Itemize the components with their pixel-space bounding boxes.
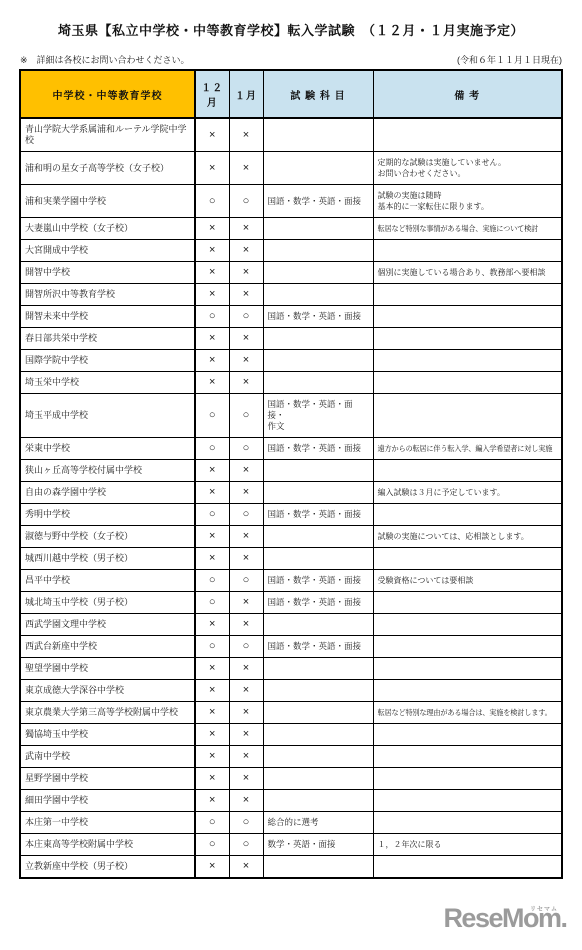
header-subjects-column: 試 験 科 目	[263, 70, 373, 118]
school-name-cell: 春日部共栄中学校	[20, 328, 195, 350]
december-mark-cell: ×	[195, 702, 229, 724]
table-header: 中学校・中等教育学校 １２月 １月 試 験 科 目 備 考	[20, 70, 562, 118]
december-mark-cell: ×	[195, 460, 229, 482]
resemom-logo-ruby: リセマム	[530, 904, 558, 913]
school-name-cell: 昌平中学校	[20, 570, 195, 592]
subjects-cell	[263, 790, 373, 812]
remarks-cell	[373, 504, 562, 526]
subjects-cell: 国語・数学・英語・面接・ 作文	[263, 394, 373, 438]
january-mark-cell: ×	[229, 482, 263, 504]
subjects-cell	[263, 218, 373, 240]
january-mark-cell: ○	[229, 306, 263, 328]
remarks-cell	[373, 394, 562, 438]
remarks-cell: 遠方からの転居に伴う転入学、編入学希望者に対し実施	[373, 438, 562, 460]
remarks-cell	[373, 240, 562, 262]
table-row: 昌平中学校○○国語・数学・英語・面接受験資格については要相談	[20, 570, 562, 592]
december-mark-cell: ○	[195, 570, 229, 592]
table-row: 立教新座中学校（男子校）××	[20, 856, 562, 879]
note-row: ※ 詳細は各校にお問い合わせください。 (令和６年１１月１日現在)	[20, 53, 562, 66]
header-school-column: 中学校・中等教育学校	[20, 70, 195, 118]
table-row: 武南中学校××	[20, 746, 562, 768]
december-mark-cell: ×	[195, 372, 229, 394]
remarks-cell	[373, 768, 562, 790]
subjects-cell	[263, 526, 373, 548]
table-row: 聖望学園中学校××	[20, 658, 562, 680]
remarks-cell	[373, 746, 562, 768]
december-mark-cell: ○	[195, 834, 229, 856]
subjects-cell	[263, 680, 373, 702]
school-name-cell: 栄東中学校	[20, 438, 195, 460]
remarks-cell	[373, 548, 562, 570]
subjects-cell: 国語・数学・英語・面接	[263, 504, 373, 526]
subjects-cell: 国語・数学・英語・面接	[263, 185, 373, 218]
school-name-cell: 開智未来中学校	[20, 306, 195, 328]
remarks-cell: 個別に実施している場合あり、教務部へ要相談	[373, 262, 562, 284]
contact-note: ※ 詳細は各校にお問い合わせください。	[20, 53, 190, 66]
table-row: 細田学園中学校××	[20, 790, 562, 812]
december-mark-cell: ×	[195, 856, 229, 879]
subjects-cell	[263, 746, 373, 768]
table-row: 青山学院大学系属浦和ルーテル学院中学校××	[20, 118, 562, 152]
document-page: 埼玉県【私立中学校・中等教育学校】転入学試験 （１２月・１月実施予定） ※ 詳細…	[0, 0, 582, 950]
january-mark-cell: ×	[229, 614, 263, 636]
school-name-cell: 自由の森学園中学校	[20, 482, 195, 504]
january-mark-cell: ×	[229, 152, 263, 185]
january-mark-cell: ×	[229, 460, 263, 482]
subjects-cell: 国語・数学・英語・面接	[263, 306, 373, 328]
remarks-cell	[373, 372, 562, 394]
january-mark-cell: ○	[229, 438, 263, 460]
remarks-cell	[373, 680, 562, 702]
school-name-cell: 城西川越中学校（男子校）	[20, 548, 195, 570]
subjects-cell	[263, 702, 373, 724]
december-mark-cell: ×	[195, 746, 229, 768]
december-mark-cell: ○	[195, 394, 229, 438]
remarks-cell: １，２年次に限る	[373, 834, 562, 856]
subjects-cell: 総合的に選考	[263, 812, 373, 834]
table-row: 東京成徳大学深谷中学校××	[20, 680, 562, 702]
subjects-cell: 国語・数学・英語・面接	[263, 636, 373, 658]
subjects-cell	[263, 460, 373, 482]
december-mark-cell: ×	[195, 284, 229, 306]
january-mark-cell: ×	[229, 548, 263, 570]
january-mark-cell: ×	[229, 768, 263, 790]
subjects-cell	[263, 614, 373, 636]
subjects-cell	[263, 856, 373, 879]
school-name-cell: 青山学院大学系属浦和ルーテル学院中学校	[20, 118, 195, 152]
table-row: 浦和実業学園中学校○○国語・数学・英語・面接試験の実施は随時 基本的に一家転住に…	[20, 185, 562, 218]
subjects-cell	[263, 658, 373, 680]
table-row: 国際学院中学校××	[20, 350, 562, 372]
january-mark-cell: ○	[229, 812, 263, 834]
table-row: 栄東中学校○○国語・数学・英語・面接遠方からの転居に伴う転入学、編入学希望者に対…	[20, 438, 562, 460]
school-name-cell: 武南中学校	[20, 746, 195, 768]
january-mark-cell: ○	[229, 185, 263, 218]
table-row: 浦和明の星女子高等学校（女子校）××定期的な試験は実施していません。 お問い合わ…	[20, 152, 562, 185]
december-mark-cell: ×	[195, 240, 229, 262]
table-row: 西武学園文理中学校××	[20, 614, 562, 636]
table-row: 開智所沢中等教育学校××	[20, 284, 562, 306]
december-mark-cell: ×	[195, 262, 229, 284]
december-mark-cell: ○	[195, 438, 229, 460]
header-remarks-column: 備 考	[373, 70, 562, 118]
subjects-cell	[263, 262, 373, 284]
december-mark-cell: ○	[195, 812, 229, 834]
table-row: 獨協埼玉中学校××	[20, 724, 562, 746]
december-mark-cell: ×	[195, 218, 229, 240]
table-row: 開智中学校××個別に実施している場合あり、教務部へ要相談	[20, 262, 562, 284]
january-mark-cell: ×	[229, 262, 263, 284]
december-mark-cell: ×	[195, 152, 229, 185]
school-name-cell: 開智中学校	[20, 262, 195, 284]
resemom-logo: リセマムReseMom.	[443, 903, 568, 934]
table-row: 本庄第一中学校○○総合的に選考	[20, 812, 562, 834]
school-name-cell: 細田学園中学校	[20, 790, 195, 812]
school-table-body: 青山学院大学系属浦和ルーテル学院中学校××浦和明の星女子高等学校（女子校）××定…	[20, 118, 562, 878]
subjects-cell	[263, 724, 373, 746]
school-name-cell: 東京成徳大学深谷中学校	[20, 680, 195, 702]
table-row: 星野学園中学校××	[20, 768, 562, 790]
school-name-cell: 本庄東高等学校附属中学校	[20, 834, 195, 856]
school-name-cell: 埼玉平成中学校	[20, 394, 195, 438]
school-name-cell: 城北埼玉中学校（男子校）	[20, 592, 195, 614]
table-row: 大宮開成中学校××	[20, 240, 562, 262]
school-name-cell: 西武学園文理中学校	[20, 614, 195, 636]
remarks-cell: 転居など特別な事情がある場合、実施について検討	[373, 218, 562, 240]
remarks-cell	[373, 614, 562, 636]
school-name-cell: 埼玉栄中学校	[20, 372, 195, 394]
subjects-cell	[263, 350, 373, 372]
december-mark-cell: ×	[195, 790, 229, 812]
table-row: 城北埼玉中学校（男子校）○×国語・数学・英語・面接	[20, 592, 562, 614]
table-row: 埼玉平成中学校○○国語・数学・英語・面接・ 作文	[20, 394, 562, 438]
remarks-cell	[373, 118, 562, 152]
table-row: 東京農業大学第三高等学校附属中学校××転居など特別な理由がある場合は、実施を検討…	[20, 702, 562, 724]
january-mark-cell: ○	[229, 636, 263, 658]
january-mark-cell: ×	[229, 658, 263, 680]
page-title: 埼玉県【私立中学校・中等教育学校】転入学試験 （１２月・１月実施予定）	[0, 0, 582, 39]
january-mark-cell: ○	[229, 504, 263, 526]
school-name-cell: 本庄第一中学校	[20, 812, 195, 834]
date-note: (令和６年１１月１日現在)	[457, 53, 562, 66]
school-name-cell: 星野学園中学校	[20, 768, 195, 790]
school-name-cell: 淑徳与野中学校（女子校）	[20, 526, 195, 548]
school-name-cell: 狭山ヶ丘高等学校付属中学校	[20, 460, 195, 482]
school-name-cell: 浦和実業学園中学校	[20, 185, 195, 218]
january-mark-cell: ○	[229, 570, 263, 592]
december-mark-cell: ×	[195, 658, 229, 680]
remarks-cell: 試験の実施については、応相談とします。	[373, 526, 562, 548]
december-mark-cell: ○	[195, 636, 229, 658]
january-mark-cell: ×	[229, 790, 263, 812]
remarks-cell: 試験の実施は随時 基本的に一家転住に限ります。	[373, 185, 562, 218]
subjects-cell: 国語・数学・英語・面接	[263, 592, 373, 614]
remarks-cell: 編入試験は３月に予定しています。	[373, 482, 562, 504]
remarks-cell	[373, 724, 562, 746]
school-name-cell: 立教新座中学校（男子校）	[20, 856, 195, 879]
table-row: 自由の森学園中学校××編入試験は３月に予定しています。	[20, 482, 562, 504]
school-name-cell: 大宮開成中学校	[20, 240, 195, 262]
school-name-cell: 国際学院中学校	[20, 350, 195, 372]
december-mark-cell: ×	[195, 118, 229, 152]
table-row: 淑徳与野中学校（女子校）××試験の実施については、応相談とします。	[20, 526, 562, 548]
table-row: 春日部共栄中学校××	[20, 328, 562, 350]
remarks-cell: 転居など特別な理由がある場合は、実施を検討します。	[373, 702, 562, 724]
subjects-cell	[263, 482, 373, 504]
table-row: 秀明中学校○○国語・数学・英語・面接	[20, 504, 562, 526]
january-mark-cell: ×	[229, 592, 263, 614]
table-row: 狭山ヶ丘高等学校付属中学校××	[20, 460, 562, 482]
school-name-cell: 西武台新座中学校	[20, 636, 195, 658]
school-name-cell: 聖望学園中学校	[20, 658, 195, 680]
january-mark-cell: ×	[229, 746, 263, 768]
december-mark-cell: ○	[195, 592, 229, 614]
table-row: 大妻嵐山中学校（女子校）××転居など特別な事情がある場合、実施について検討	[20, 218, 562, 240]
december-mark-cell: ○	[195, 185, 229, 218]
remarks-cell	[373, 328, 562, 350]
subjects-cell	[263, 240, 373, 262]
remarks-cell	[373, 856, 562, 879]
january-mark-cell: ×	[229, 350, 263, 372]
school-name-cell: 浦和明の星女子高等学校（女子校）	[20, 152, 195, 185]
remarks-cell: 定期的な試験は実施していません。 お問い合わせください。	[373, 152, 562, 185]
december-mark-cell: ○	[195, 504, 229, 526]
january-mark-cell: ×	[229, 328, 263, 350]
december-mark-cell: ×	[195, 526, 229, 548]
school-name-cell: 獨協埼玉中学校	[20, 724, 195, 746]
remarks-cell	[373, 592, 562, 614]
school-name-cell: 東京農業大学第三高等学校附属中学校	[20, 702, 195, 724]
december-mark-cell: ×	[195, 724, 229, 746]
header-december-column: １２月	[195, 70, 229, 118]
december-mark-cell: ○	[195, 306, 229, 328]
remarks-cell	[373, 790, 562, 812]
january-mark-cell: ×	[229, 680, 263, 702]
january-mark-cell: ×	[229, 526, 263, 548]
table-row: 西武台新座中学校○○国語・数学・英語・面接	[20, 636, 562, 658]
header-january-column: １月	[229, 70, 263, 118]
remarks-cell	[373, 350, 562, 372]
remarks-cell	[373, 636, 562, 658]
subjects-cell: 国語・数学・英語・面接	[263, 438, 373, 460]
remarks-cell: 受験資格については要相談	[373, 570, 562, 592]
table-row: 城西川越中学校（男子校）××	[20, 548, 562, 570]
subjects-cell	[263, 118, 373, 152]
january-mark-cell: ×	[229, 372, 263, 394]
december-mark-cell: ×	[195, 548, 229, 570]
remarks-cell	[373, 306, 562, 328]
subjects-cell	[263, 768, 373, 790]
january-mark-cell: ×	[229, 856, 263, 879]
remarks-cell	[373, 460, 562, 482]
school-name-cell: 秀明中学校	[20, 504, 195, 526]
subjects-cell: 国語・数学・英語・面接	[263, 570, 373, 592]
remarks-cell	[373, 284, 562, 306]
remarks-cell	[373, 812, 562, 834]
remarks-cell	[373, 658, 562, 680]
december-mark-cell: ×	[195, 614, 229, 636]
january-mark-cell: ×	[229, 218, 263, 240]
subjects-cell	[263, 328, 373, 350]
school-name-cell: 大妻嵐山中学校（女子校）	[20, 218, 195, 240]
subjects-cell	[263, 284, 373, 306]
table-row: 開智未来中学校○○国語・数学・英語・面接	[20, 306, 562, 328]
resemom-logo-period: .	[560, 903, 568, 933]
december-mark-cell: ×	[195, 680, 229, 702]
table-row: 本庄東高等学校附属中学校○○数学・英語・面接１，２年次に限る	[20, 834, 562, 856]
january-mark-cell: ×	[229, 240, 263, 262]
subjects-cell	[263, 548, 373, 570]
january-mark-cell: ×	[229, 724, 263, 746]
january-mark-cell: ○	[229, 394, 263, 438]
school-name-cell: 開智所沢中等教育学校	[20, 284, 195, 306]
subjects-cell	[263, 152, 373, 185]
january-mark-cell: ×	[229, 118, 263, 152]
january-mark-cell: ○	[229, 834, 263, 856]
subjects-cell	[263, 372, 373, 394]
december-mark-cell: ×	[195, 328, 229, 350]
december-mark-cell: ×	[195, 768, 229, 790]
december-mark-cell: ×	[195, 350, 229, 372]
table-row: 埼玉栄中学校××	[20, 372, 562, 394]
january-mark-cell: ×	[229, 284, 263, 306]
december-mark-cell: ×	[195, 482, 229, 504]
subjects-cell: 数学・英語・面接	[263, 834, 373, 856]
january-mark-cell: ×	[229, 702, 263, 724]
transfer-exam-table: 中学校・中等教育学校 １２月 １月 試 験 科 目 備 考 青山学院大学系属浦和…	[19, 69, 563, 879]
